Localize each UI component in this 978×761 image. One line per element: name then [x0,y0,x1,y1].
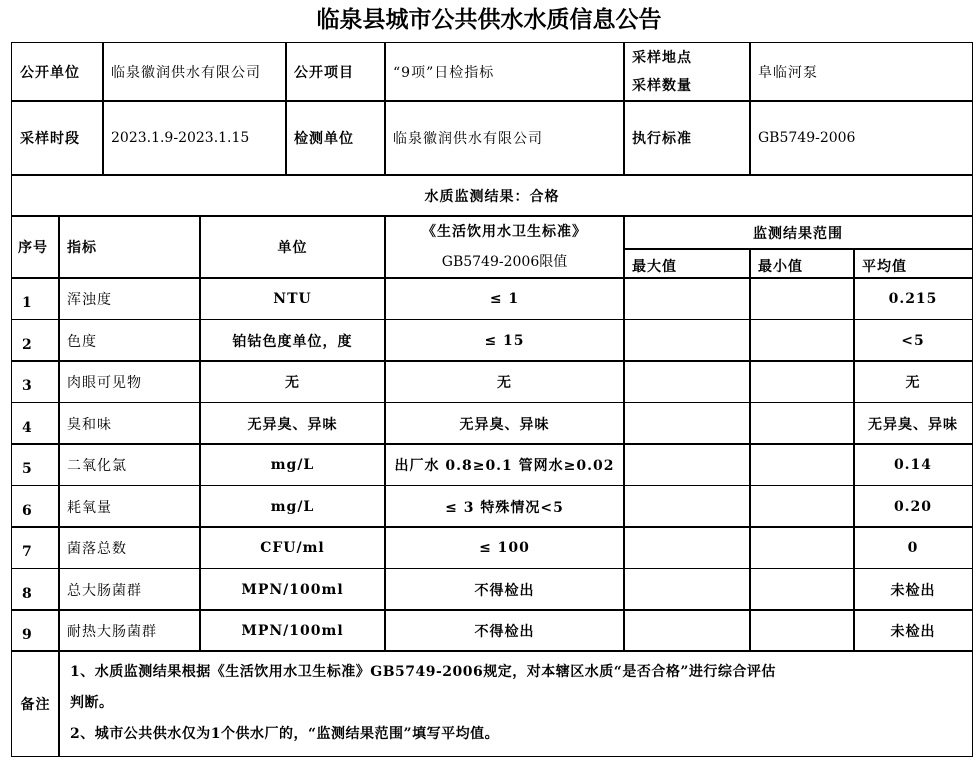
note-line-3: 2、城市公共供水仅为1个供水厂的，“监测结果范围”填写平均值。 [70,719,499,750]
row-seq-text: 8 [22,586,33,602]
row-min [749,609,855,652]
notes-content: 1、水质监测结果根据《生活饮用水卫生标准》GB5749-2006规定，对本辖区水… [58,650,973,757]
header-limit-line1: 《生活饮用水卫生标准》 [422,217,587,247]
row-indicator: 耗氧量 [58,485,201,528]
row-avg-text: 0.215 [889,291,938,307]
page-title: 临泉县城市公共供水水质信息公告 [0,4,978,36]
row-seq: 6 [11,485,60,528]
row-unit: CFU/ml [199,526,386,569]
row-limit: ≤ 3 特殊情况<5 [384,485,625,528]
row-avg: 0.20 [853,485,973,528]
header-indicator-text: 指标 [67,237,97,257]
row-avg: 0.14 [853,443,973,486]
row-seq: 5 [11,443,60,486]
row-min [749,277,855,320]
row-max [623,609,751,652]
row-limit-text: ≤ 1 [490,291,519,307]
row-indicator: 浑浊度 [58,277,201,320]
row-avg: 0 [853,526,973,569]
header-max-text: 最大值 [632,256,677,276]
header-range: 监测结果范围 [623,215,973,250]
header-min-text: 最小值 [758,256,803,276]
header-seq-text: 序号 [18,237,48,257]
row-max [623,360,751,403]
header-max: 最大值 [623,248,751,279]
row-unit-text: MPN/100ml [241,582,343,598]
header-limit-line2: GB5749-2006限值 [442,247,567,277]
row-avg: <5 [853,319,973,362]
location-label: 采样地点 采样数量 [623,42,751,102]
row-unit: NTU [199,277,386,320]
row-indicator-text: 耐热大肠菌群 [67,621,157,641]
row-unit-text: 无异臭、异味 [248,414,338,434]
row-min [749,526,855,569]
row-max [623,443,751,486]
lab-value-text: 临泉徽润供水有限公司 [393,128,543,148]
row-seq-text: 7 [22,544,33,560]
row-unit: mg/L [199,443,386,486]
row-seq: 7 [11,526,60,569]
period-value: 2023.1.9-2023.1.15 [102,100,287,176]
row-avg: 无异臭、异味 [853,402,973,445]
row-indicator-text: 浑浊度 [67,289,112,309]
row-indicator-text: 色度 [67,331,97,351]
row-indicator: 色度 [58,319,201,362]
lab-value: 临泉徽润供水有限公司 [384,100,625,176]
standard-value: GB5749-2006 [749,100,973,176]
row-unit-text: CFU/ml [260,540,325,556]
header-unit-text: 单位 [278,237,308,257]
row-limit: 不得检出 [384,568,625,611]
row-min [749,568,855,611]
publisher-label: 公开单位 [11,42,104,102]
row-indicator-text: 总大肠菌群 [67,580,142,600]
row-avg-text: <5 [901,333,924,349]
row-unit: 铂钴色度单位，度 [199,319,386,362]
row-indicator: 菌落总数 [58,526,201,569]
lab-label: 检测单位 [285,100,386,176]
row-limit: 出厂水 0.8≥0.1 管网水≥0.02 [384,443,625,486]
row-min [749,485,855,528]
header-seq: 序号 [11,215,60,279]
location-value-text: 阜临河泵 [758,62,818,82]
row-max [623,277,751,320]
row-unit: 无异臭、异味 [199,402,386,445]
row-indicator-text: 耗氧量 [67,497,112,517]
row-indicator-text: 臭和味 [67,414,112,434]
row-max [623,526,751,569]
row-limit-text: 不得检出 [475,621,535,641]
row-seq: 3 [11,360,60,403]
publisher-value: 临泉徽润供水有限公司 [102,42,287,102]
row-avg-text: 未检出 [891,621,936,641]
row-seq: 8 [11,568,60,611]
row-unit: MPN/100ml [199,609,386,652]
row-unit-text: NTU [273,291,311,307]
header-min: 最小值 [749,248,855,279]
row-indicator-text: 菌落总数 [67,538,127,558]
row-max [623,319,751,362]
row-seq: 1 [11,277,60,320]
row-min [749,402,855,445]
lab-label-text: 检测单位 [294,128,354,148]
row-unit: mg/L [199,485,386,528]
row-limit: ≤ 100 [384,526,625,569]
row-min [749,360,855,403]
location-label-text: 采样地点 [632,44,692,72]
notes-label: 备注 [11,650,60,757]
row-limit-text: ≤ 3 特殊情况<5 [445,497,564,517]
row-avg-text: 未检出 [891,580,936,600]
row-seq: 4 [11,402,60,445]
row-min [749,319,855,362]
row-unit-text: 铂钴色度单位，度 [233,331,353,351]
row-limit-text: 无 [497,372,512,392]
header-limit: 《生活饮用水卫生标准》 GB5749-2006限值 [384,215,625,279]
notes-label-text: 备注 [21,694,51,714]
item-label-text: 公开项目 [294,62,354,82]
period-label: 采样时段 [11,100,104,176]
item-value: “9项”日检指标 [384,42,625,102]
header-unit: 单位 [199,215,386,279]
row-max [623,402,751,445]
row-avg: 无 [853,360,973,403]
row-seq-text: 4 [22,420,33,436]
header-indicator: 指标 [58,215,201,279]
quantity-label-text: 采样数量 [632,72,692,100]
location-value: 阜临河泵 [749,42,973,102]
row-avg: 0.215 [853,277,973,320]
publisher-value-text: 临泉徽润供水有限公司 [111,62,261,82]
row-limit-text: ≤ 15 [484,333,524,349]
row-min [749,443,855,486]
row-limit-text: 不得检出 [475,580,535,600]
row-limit: ≤ 15 [384,319,625,362]
row-avg-text: 0.14 [894,457,932,473]
row-avg-text: 0 [908,540,919,556]
row-limit-text: ≤ 100 [479,540,530,556]
header-avg-text: 平均值 [862,256,907,276]
row-avg: 未检出 [853,609,973,652]
item-value-text: “9项”日检指标 [393,62,494,82]
row-limit: 不得检出 [384,609,625,652]
row-indicator-text: 二氧化氯 [67,455,127,475]
standard-label-text: 执行标准 [632,128,692,148]
row-avg-text: 0.20 [894,499,932,515]
row-limit: 无 [384,360,625,403]
period-value-text: 2023.1.9-2023.1.15 [111,130,249,146]
item-label: 公开项目 [285,42,386,102]
row-avg-text: 无异臭、异味 [868,414,958,434]
publisher-label-text: 公开单位 [20,62,80,82]
row-unit-text: mg/L [271,457,315,473]
row-seq-text: 5 [22,461,33,477]
row-avg: 未检出 [853,568,973,611]
result-summary: 水质监测结果：合格 [11,174,973,217]
row-seq-text: 9 [22,627,33,643]
row-seq-text: 1 [22,295,33,311]
row-limit: ≤ 1 [384,277,625,320]
row-seq-text: 2 [22,337,33,353]
row-unit-text: 无 [285,372,300,392]
row-unit: MPN/100ml [199,568,386,611]
row-limit-text: 出厂水 0.8≥0.1 管网水≥0.02 [394,455,614,475]
row-max [623,568,751,611]
period-label-text: 采样时段 [20,128,80,148]
row-indicator-text: 肉眼可见物 [67,372,142,392]
row-unit-text: mg/L [271,499,315,515]
standard-label: 执行标准 [623,100,751,176]
row-seq-text: 3 [22,378,33,394]
header-avg: 平均值 [853,248,973,279]
row-limit: 无异臭、异味 [384,402,625,445]
row-seq: 2 [11,319,60,362]
standard-value-text: GB5749-2006 [758,130,855,146]
row-indicator: 耐热大肠菌群 [58,609,201,652]
note-line-2: 判断。 [70,688,114,719]
row-limit-text: 无异臭、异味 [460,414,550,434]
row-indicator: 臭和味 [58,402,201,445]
row-unit: 无 [199,360,386,403]
row-seq: 9 [11,609,60,652]
row-indicator: 总大肠菌群 [58,568,201,611]
row-indicator: 肉眼可见物 [58,360,201,403]
row-max [623,485,751,528]
row-avg-text: 无 [906,372,921,392]
result-summary-text: 水质监测结果：合格 [425,186,560,206]
header-range-text: 监测结果范围 [753,223,843,243]
note-line-1: 1、水质监测结果根据《生活饮用水卫生标准》GB5749-2006规定，对本辖区水… [70,657,776,688]
row-indicator: 二氧化氯 [58,443,201,486]
row-seq-text: 6 [22,503,33,519]
row-unit-text: MPN/100ml [241,623,343,639]
